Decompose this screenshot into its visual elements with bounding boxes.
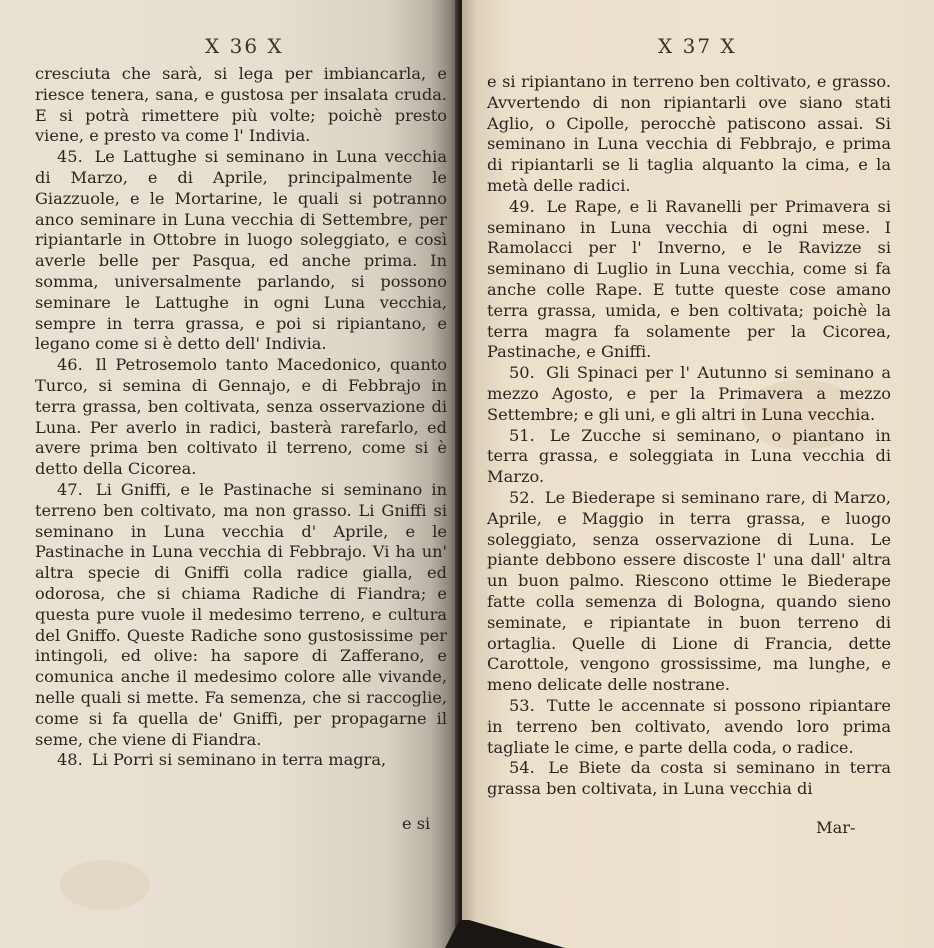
paragraph-47: 47. Li Gniffi, e le Pastinache si semina…	[35, 480, 447, 750]
paragraph-53: 53. Tutte le accennate si possono ripian…	[487, 696, 891, 758]
paragraph-text: cresciuta che sarà, si lega per imbianca…	[35, 64, 447, 145]
paper-stain	[60, 860, 150, 910]
paragraph-text: Le Biete da costa si seminano in terra g…	[487, 758, 891, 798]
page-header-36: X 36 X	[0, 34, 458, 58]
paragraph-number: 54.	[509, 758, 535, 777]
paragraph-number: 46.	[57, 355, 83, 374]
paragraph-text: Le Lattughe si seminano in Luna vecchia …	[35, 147, 447, 353]
page-header-37: X 37 X	[462, 34, 934, 58]
paragraph-52: 52. Le Biederape si seminano rare, di Ma…	[487, 488, 891, 696]
book-spread: X 36 X cresciuta che sarà, si lega per i…	[0, 0, 934, 948]
catchword: Mar-	[816, 818, 855, 837]
paragraph: cresciuta che sarà, si lega per imbianca…	[35, 64, 447, 147]
paragraph-51: 51. Le Zucche si seminano, o piantano in…	[487, 426, 891, 488]
paragraph-text: e si ripiantano in terreno ben coltivato…	[487, 72, 891, 195]
paragraph-50: 50. Gli Spinaci per l' Autunno si semina…	[487, 363, 891, 425]
paragraph-number: 48.	[57, 750, 83, 769]
paragraph-text: Tutte le accennate si possono ripiantare…	[487, 696, 891, 757]
left-page-body: cresciuta che sarà, si lega per imbianca…	[35, 64, 447, 771]
left-page: X 36 X cresciuta che sarà, si lega per i…	[0, 0, 458, 948]
catchword: e si	[402, 814, 430, 833]
paragraph-text: Le Zucche si seminano, o piantano in ter…	[487, 426, 891, 487]
paragraph-text: Li Gniffi, e le Pastinache si seminano i…	[35, 480, 447, 749]
right-page-body: e si ripiantano in terreno ben coltivato…	[487, 72, 891, 800]
paragraph-48: 48. Li Porri si seminano in terra magra,	[35, 750, 447, 771]
paragraph-text: Gli Spinaci per l' Autunno si seminano a…	[487, 363, 891, 424]
paragraph-number: 51.	[509, 426, 535, 445]
paragraph-number: 49.	[509, 197, 535, 216]
paragraph-number: 47.	[57, 480, 83, 499]
paragraph-text: Il Petrosemolo tanto Macedonico, quanto …	[35, 355, 447, 478]
paragraph-number: 50.	[509, 363, 535, 382]
paragraph: e si ripiantano in terreno ben coltivato…	[487, 72, 891, 197]
paragraph-text: Le Rape, e li Ravanelli per Primavera si…	[487, 197, 891, 362]
paragraph-text: Li Porri si seminano in terra magra,	[92, 750, 386, 769]
paragraph-46: 46. Il Petrosemolo tanto Macedonico, qua…	[35, 355, 447, 480]
paragraph-text: Le Biederape si seminano rare, di Marzo,…	[487, 488, 891, 694]
paragraph-49: 49. Le Rape, e li Ravanelli per Primaver…	[487, 197, 891, 363]
paragraph-number: 45.	[57, 147, 83, 166]
paragraph-54: 54. Le Biete da costa si seminano in ter…	[487, 758, 891, 800]
paragraph-number: 52.	[509, 488, 535, 507]
paragraph-45: 45. Le Lattughe si seminano in Luna vecc…	[35, 147, 447, 355]
right-page: X 37 X e si ripiantano in terreno ben co…	[462, 0, 934, 948]
paragraph-number: 53.	[509, 696, 535, 715]
